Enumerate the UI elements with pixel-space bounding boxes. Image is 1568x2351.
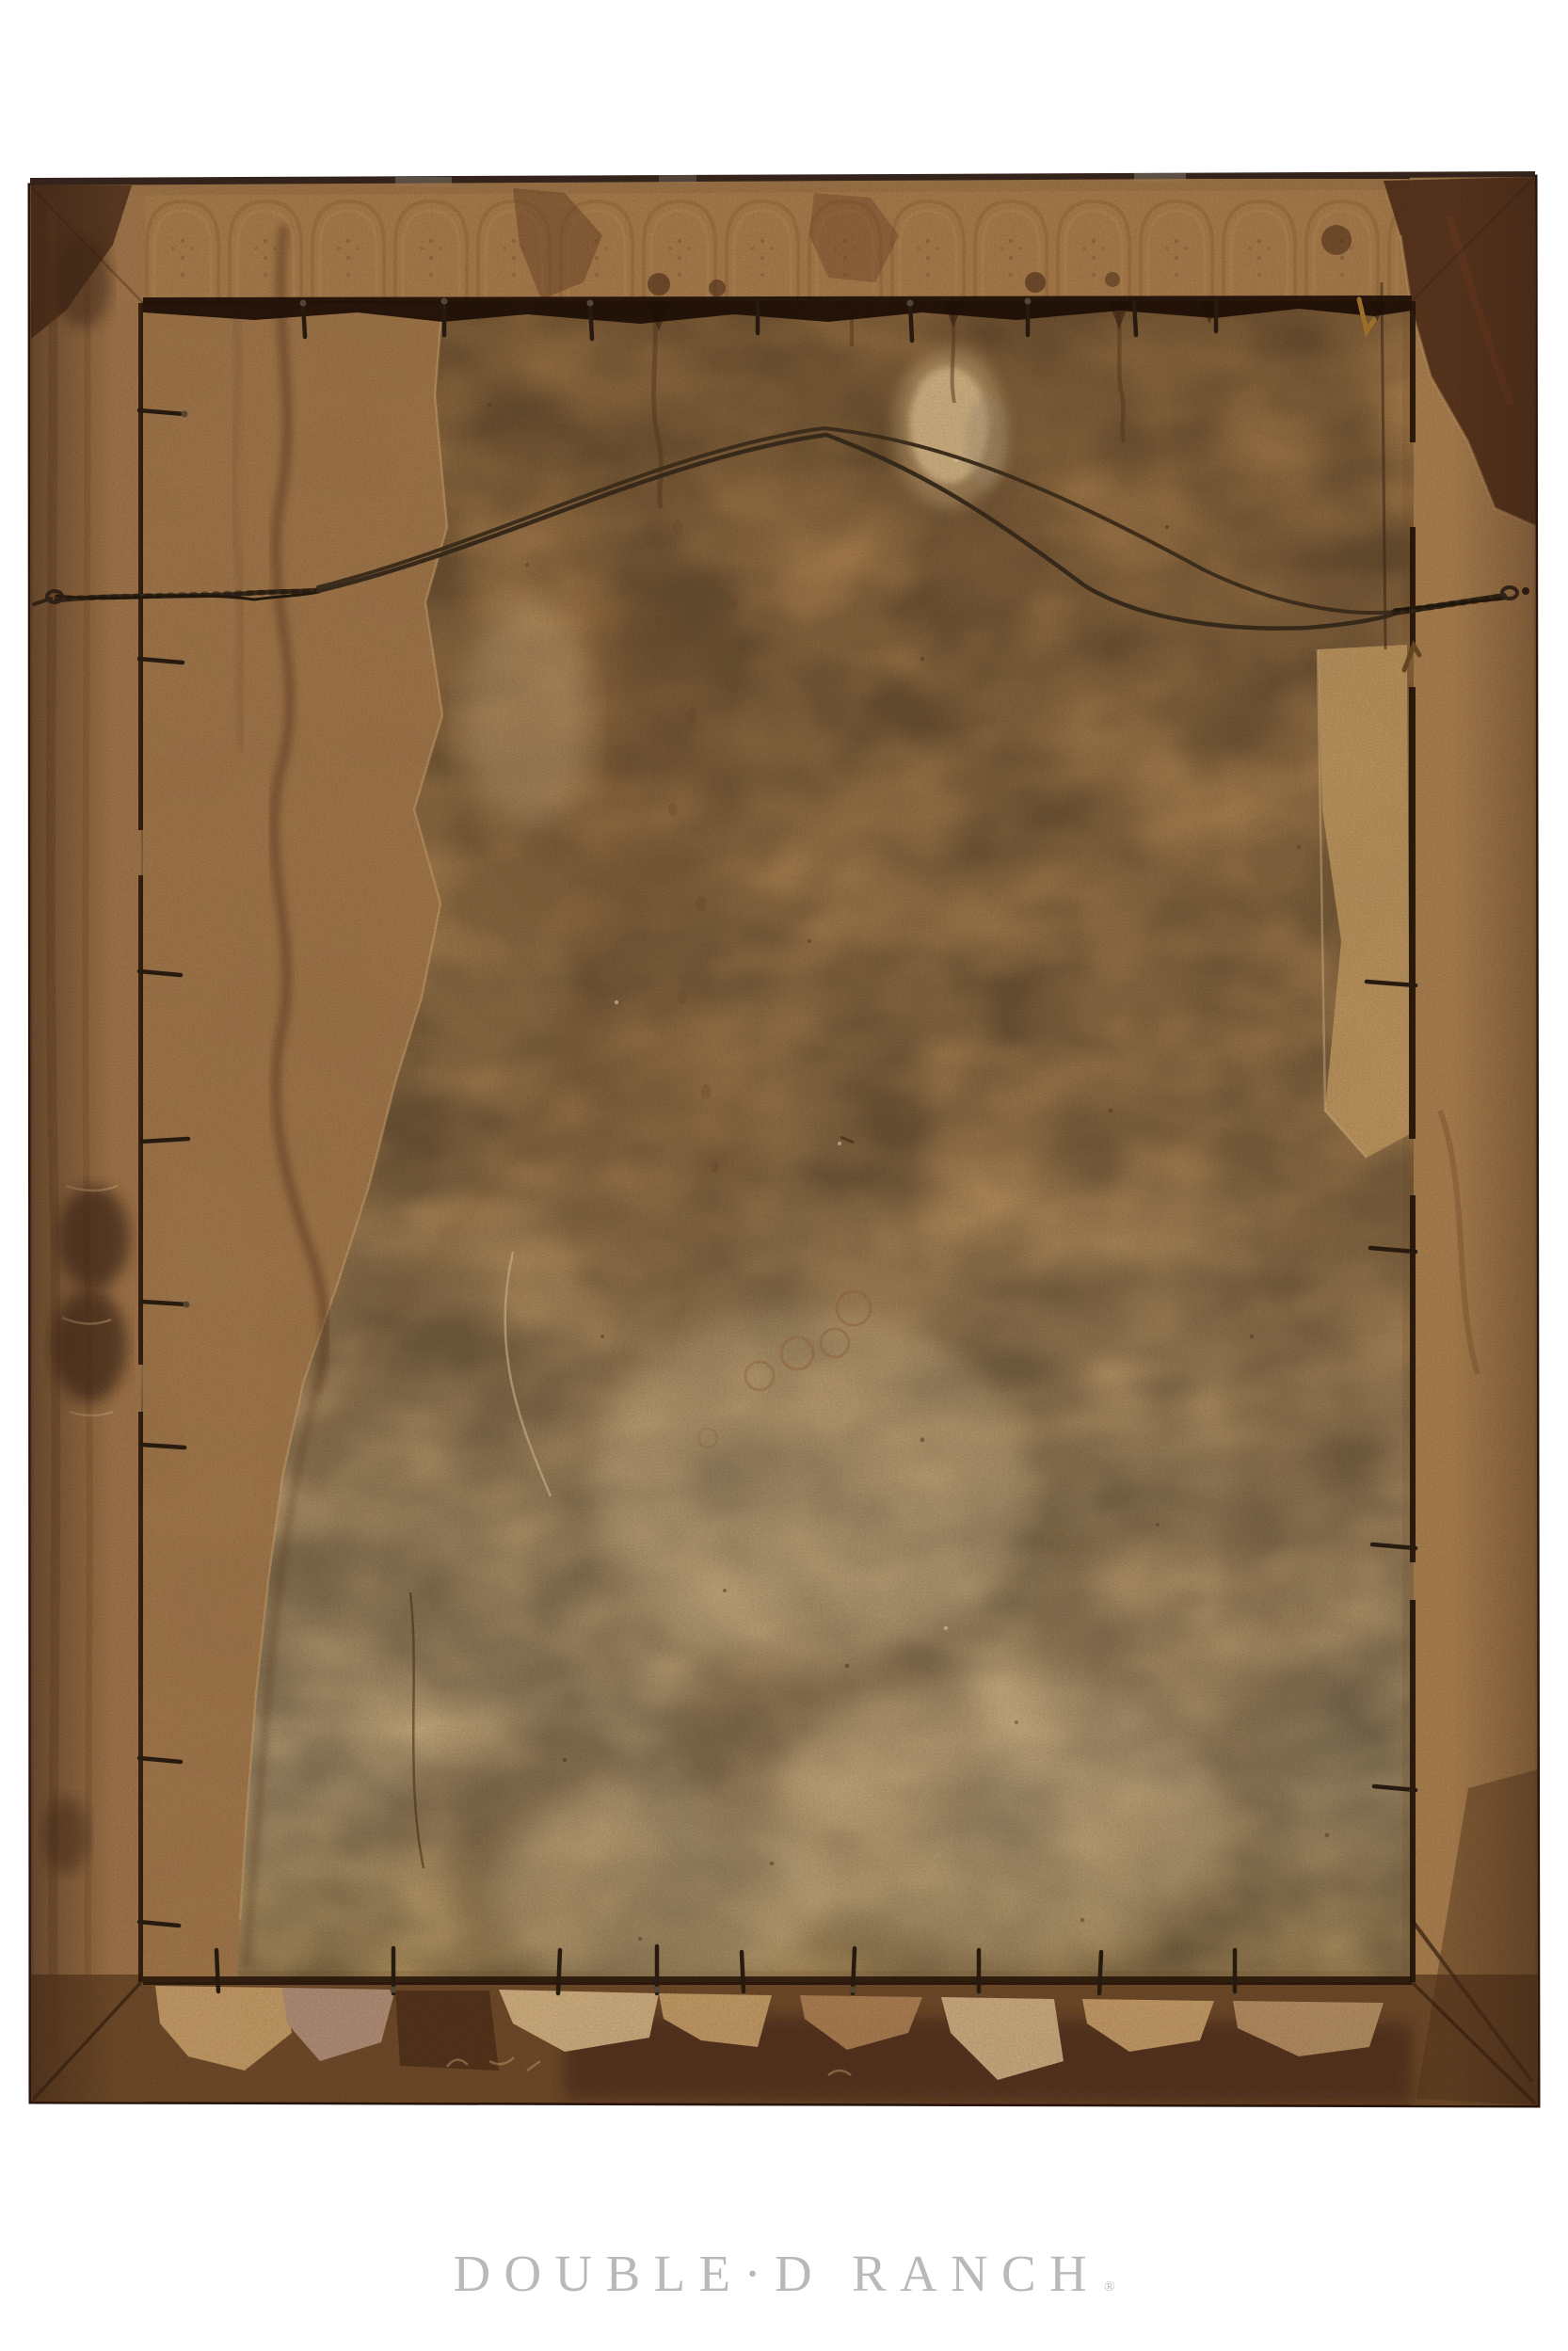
page: DOUBLE·D RANCH® [0,0,1568,2351]
brand-footer: DOUBLE·D RANCH® [0,2244,1568,2303]
frame-back-photo [0,0,1568,2221]
grain-texture-overlay [30,177,1538,2105]
registered-trademark-icon: ® [1104,2279,1114,2295]
product-photo [0,0,1568,2221]
brand-wordmark: DOUBLE·D RANCH [454,2245,1101,2302]
